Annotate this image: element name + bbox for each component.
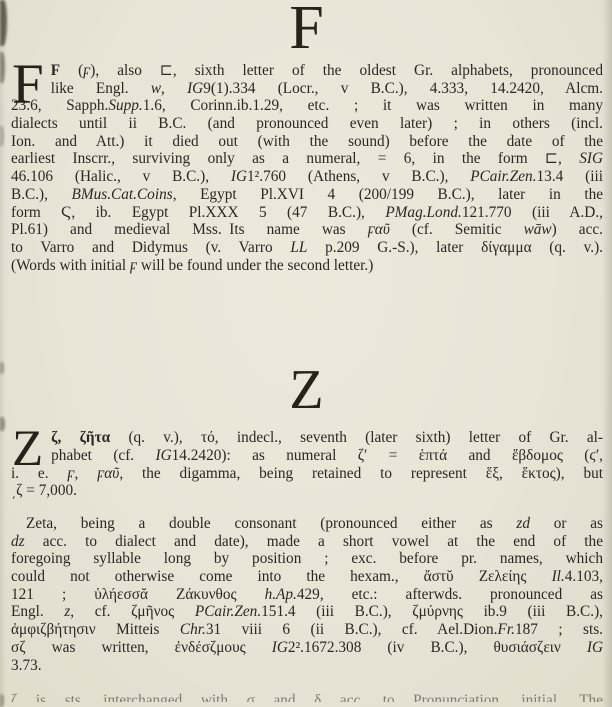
text-line: Engl. z, cf. ζμῆνος PCair.Zen.151.4 (iii… [11, 603, 603, 621]
text-line: 46.106 (Halic., v B.C.), IG1².760 (Athen… [11, 168, 603, 186]
text-line: Pl.61) and medieval Mss. Its name was ϝα… [11, 221, 603, 239]
text-line: Ion. and Att.) it died out (with the sou… [11, 133, 603, 151]
text-line: phabet (cf. IG14.2420): as numeral ζ′ = … [11, 447, 603, 465]
text-line: like Engl. w, IG9(1).334 (Locr., v B.C.)… [11, 80, 603, 98]
letter-heading-z: Z [11, 364, 603, 416]
scanned-lexicon-page: F F F (ϝ), also ⊏, sixth letter of the o… [0, 0, 612, 707]
text-line: F (ϝ), also ⊏, sixth letter of the oldes… [11, 62, 603, 80]
text-line: dz acc. to dialect and date), made a sho… [11, 533, 603, 551]
entry-zeta-paragraph-2: Zeta, being a double consonant (pronounc… [11, 515, 603, 674]
text-line: ἀμφιζβήτησιν Mitteis Chr.31 viii 6 (ii B… [11, 621, 603, 639]
entry-digamma-paragraph: F (ϝ), also ⊏, sixth letter of the oldes… [11, 62, 603, 274]
text-line: to Varro and Didymus (v. Varro LL p.209 … [11, 239, 603, 257]
text-line: earliest Inscrr., surviving only as a nu… [11, 150, 603, 168]
clipped-bottom-line-text: ζ is sts. interchanged with σ and δ acc.… [11, 692, 603, 702]
text-line: (Words with initial ϝ will be found unde… [11, 257, 603, 275]
page-content: F F F (ϝ), also ⊏, sixth letter of the o… [0, 0, 612, 702]
text-line: i. e. ϝ, ϝαῦ, the digamma, being retaine… [11, 465, 603, 483]
text-line: ͵ζ = 7,000. [11, 482, 603, 500]
text-line: could not otherwise come into the hexam.… [11, 568, 603, 586]
text-line: ζ is sts. interchanged with σ and δ acc.… [11, 692, 603, 702]
text-line: 3.73. [11, 657, 603, 675]
text-line: 121 ; ὑλήεσσᾰ Ζάκυνθος h.Ap.429, etc.: a… [11, 586, 603, 604]
letter-heading-f: F [11, 0, 603, 56]
entry-zeta: Z ζ, ζῆτα (q. v.), τό, indecl., seventh … [11, 429, 603, 674]
text-line: σζ was written, ἐνδέσζμους IG2².1672.308… [11, 639, 603, 657]
clipped-bottom-line: ζ is sts. interchanged with σ and δ acc.… [11, 692, 603, 702]
text-line: ζ, ζῆτα (q. v.), τό, indecl., seventh (l… [11, 429, 603, 447]
dropcap-z: Z [12, 430, 43, 464]
text-line: B.C.), BMus.Cat.Coins, Egypt Pl.XVI 4 (2… [11, 186, 603, 204]
text-line: form Ϛ, ib. Egypt Pl.XXX 5 (47 B.C.), PM… [11, 204, 603, 222]
entry-digamma: F F (ϝ), also ⊏, sixth letter of the old… [11, 62, 603, 274]
entry-zeta-paragraph-1: ζ, ζῆτα (q. v.), τό, indecl., seventh (l… [11, 429, 603, 500]
text-line: foregoing syllable long by position ; ex… [11, 550, 603, 568]
text-line: 23.6, Sapph.Supp.1.6, Corinn.ib.1.29, et… [11, 97, 603, 115]
text-line: Zeta, being a double consonant (pronounc… [11, 515, 603, 533]
text-line: dialects until ii B.C. (and pronounced e… [11, 115, 603, 133]
dropcap-f: F [12, 63, 44, 97]
